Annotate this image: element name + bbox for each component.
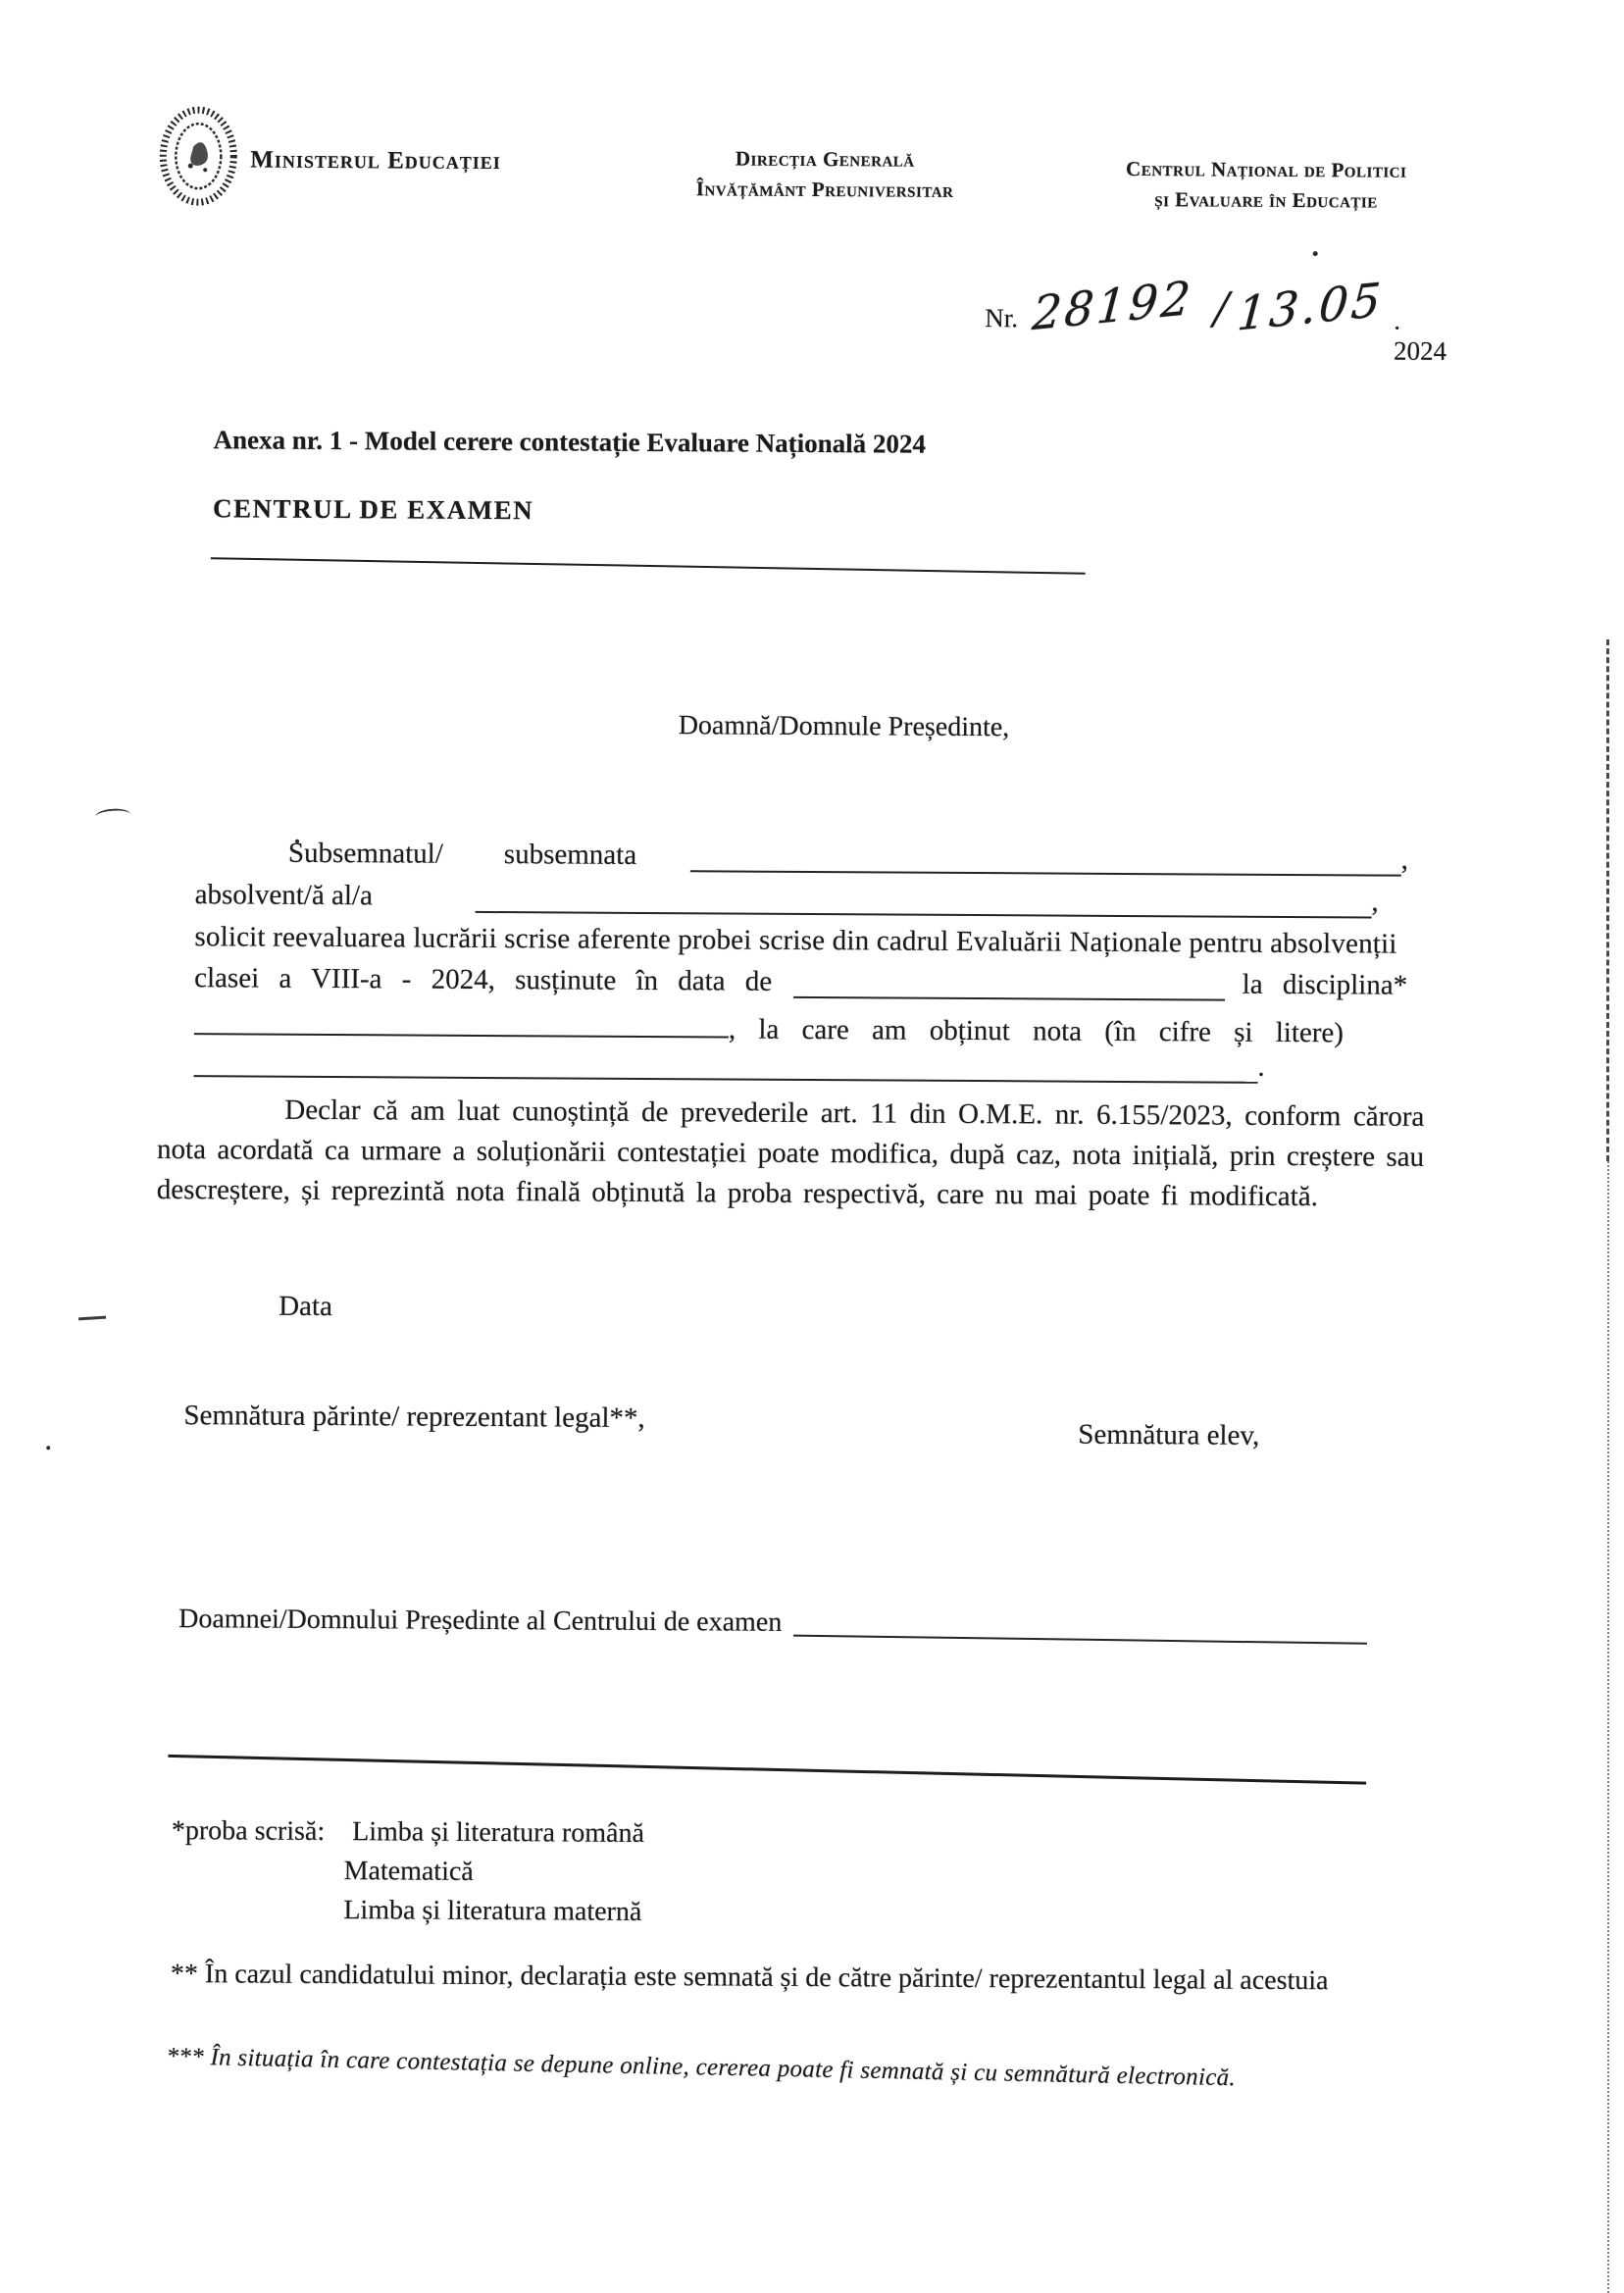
ink-dot-artifact [295, 840, 299, 843]
registration-slash-handwritten: / [1213, 282, 1234, 332]
ministry-name: Ministerul Educației [250, 147, 501, 177]
ink-dot-artifact [46, 1446, 50, 1450]
scan-edge-artifact [1606, 639, 1609, 1161]
national-center-name: Centrul Național de Politici și Evaluare… [1050, 153, 1482, 217]
registration-number-label: Nr. [985, 303, 1018, 333]
grade-label: , la care am obținut nota (în cifre și l… [729, 1014, 1344, 1050]
footnote-divider-rule [168, 1755, 1366, 1785]
date-label: Data [279, 1291, 332, 1323]
pen-mark-artifact [95, 807, 131, 824]
ink-dot-artifact [1313, 251, 1318, 256]
salutation: Doamnă/Domnule Președinte, [679, 710, 1010, 743]
national-center-line2: și Evaluare în Educație [1050, 183, 1482, 217]
request-line-3: solicit reevaluarea lucrării scrise afer… [194, 921, 1396, 960]
request-line-1: Subsemnatul/ subsemnata , [195, 837, 1408, 877]
exam-center-blank-line [211, 557, 1086, 575]
addressee-blank-field [793, 1605, 1367, 1645]
addressee-label: Doamnei/Domnului Președinte al Centrului… [178, 1604, 782, 1639]
registration-year: . 2024 [1394, 306, 1446, 367]
student-signature-label: Semnătura elev, [1078, 1419, 1259, 1452]
general-directorate-name: Direcția Generală Învățământ Preuniversi… [619, 143, 1031, 207]
general-directorate-line1: Direcția Generală [619, 143, 1031, 177]
request-line-4: clasei a VIII-a - 2024, susținute în dat… [194, 962, 1407, 1002]
addressee-line: Doamnei/Domnului Președinte al Centrului… [178, 1604, 1367, 1642]
footnote-subject-1: Limba și literatura română [352, 1816, 644, 1849]
subsemnatul-label: Subsemnatul/ [288, 838, 443, 871]
general-directorate-line2: Învățământ Preuniversitar [619, 174, 1031, 207]
scan-edge-artifact [1607, 1161, 1609, 2293]
absolvent-label: absolvent/ă al/a [195, 879, 373, 912]
request-line-2: absolvent/ă al/a , [195, 879, 1379, 918]
subsemnata-label: subsemnata [504, 839, 637, 872]
footnote-minor-candidate: ** În cazul candidatului minor, declaraț… [171, 1955, 1398, 2002]
registration-date-handwritten: 13.05 [1236, 273, 1386, 341]
footnote-subject-2: Matematică [344, 1856, 474, 1888]
request-line-5: , la care am obținut nota (în cifre și l… [194, 1003, 1407, 1050]
period: . [1257, 1051, 1264, 1084]
registration-number-handwritten: 28192 [1030, 271, 1194, 341]
footnote-online-submission: *** În situația în care contestația se d… [166, 2043, 1236, 2092]
grade-blank-field [194, 1045, 1258, 1084]
parent-signature-label: Semnătura părinte/ reprezentant legal**, [183, 1400, 644, 1435]
comma: , [1371, 887, 1378, 919]
exam-date-blank-field [793, 966, 1225, 1000]
ministry-emblem-icon [158, 105, 239, 207]
pen-mark-artifact [78, 1316, 106, 1321]
registration-number-line: Nr. 28192 / 13.05 . 2024 [985, 284, 1446, 376]
comma: , [1401, 844, 1408, 877]
subject-blank-field [194, 1003, 729, 1039]
exam-date-label: clasei a VIII-a - 2024, susținute în dat… [194, 962, 772, 998]
request-line-6: . [194, 1045, 1265, 1084]
subject-label: la disciplina* [1243, 969, 1408, 1002]
declaration-paragraph: Declar că am luat cunoștință de preveder… [157, 1090, 1425, 1218]
school-blank-field [476, 881, 1372, 918]
footnote-asterisk1-label: *proba scrisă: [172, 1815, 325, 1847]
footnote-subjects: *proba scrisă: Limba și literatura român… [172, 1815, 644, 1850]
national-center-line1: Centrul Național de Politici [1050, 153, 1482, 186]
exam-center-heading: CENTRUL DE EXAMEN [213, 493, 533, 526]
footnote-subject-3: Limba și literatura maternă [343, 1895, 641, 1928]
name-blank-field [690, 841, 1401, 877]
annex-title: Anexa nr. 1 - Model cerere contestație E… [213, 425, 926, 459]
scanned-form-page: Ministerul Educației Direcția Generală Î… [0, 0, 1624, 2293]
